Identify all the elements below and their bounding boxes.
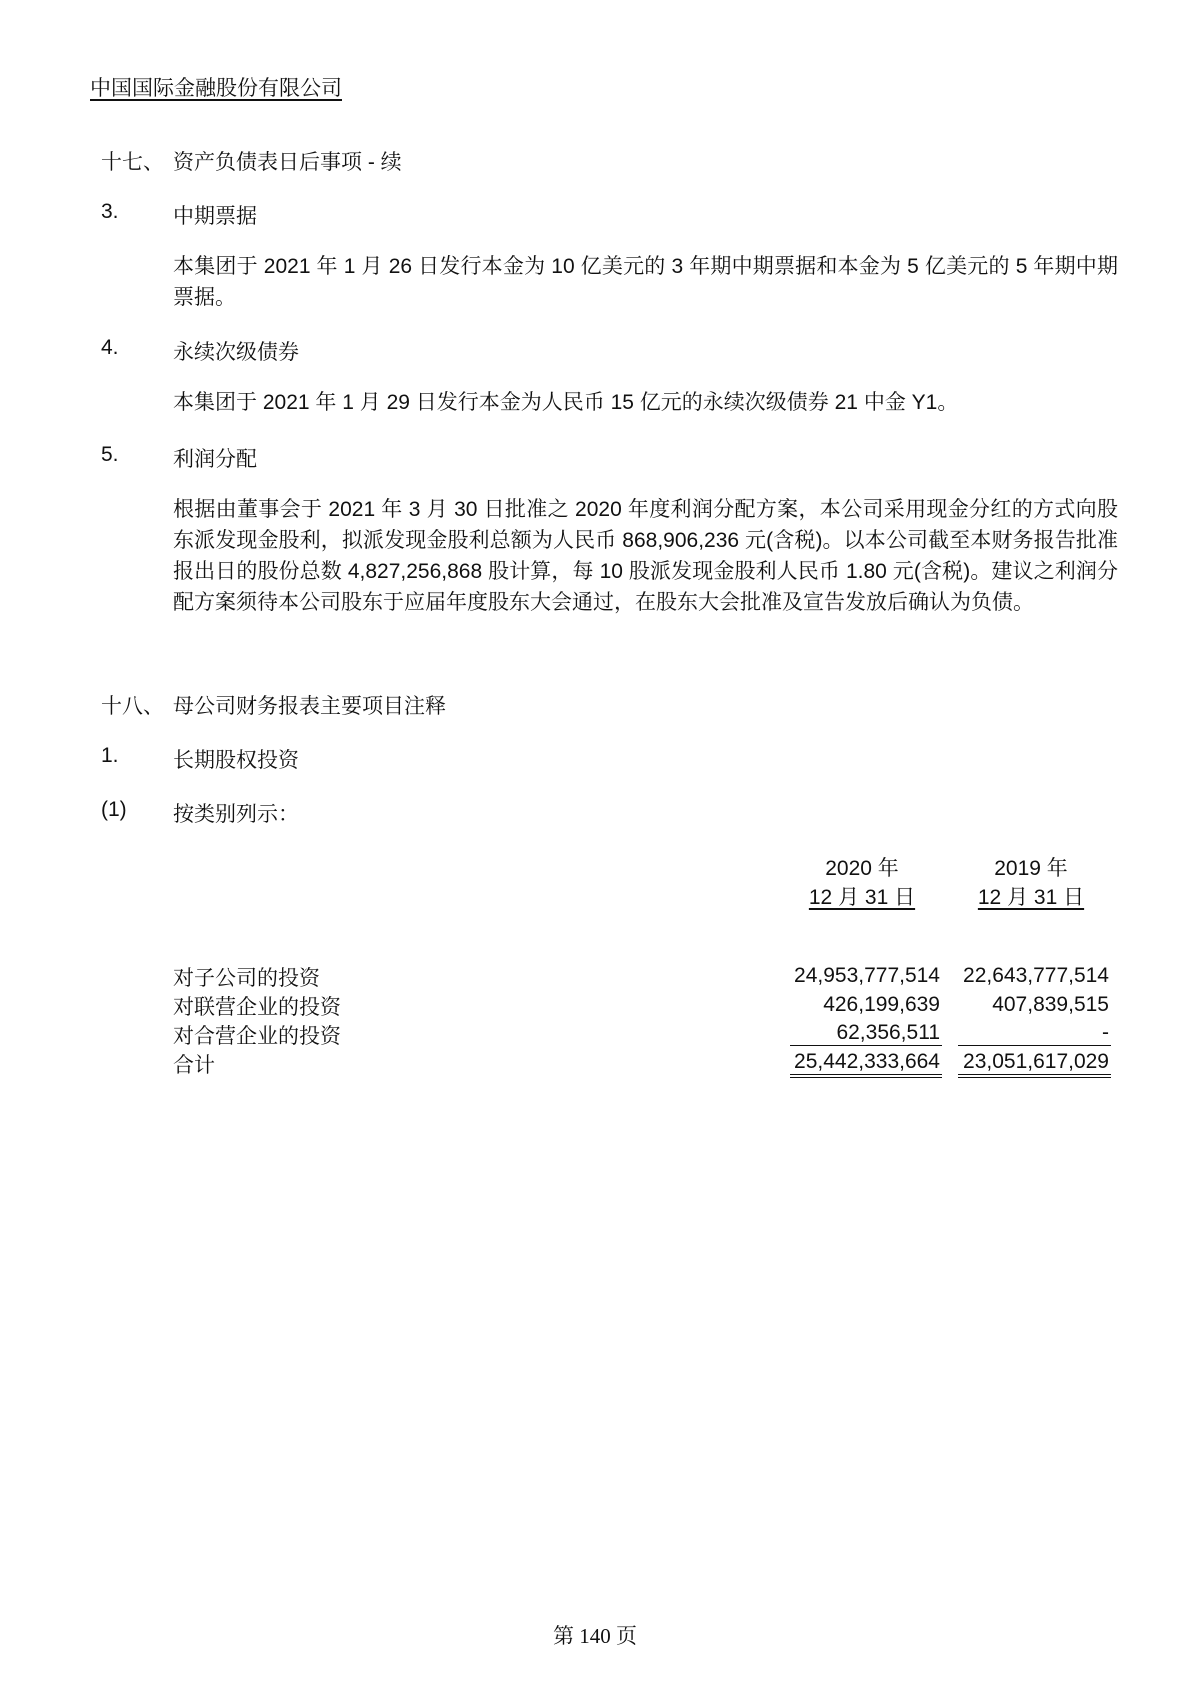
value-2019: 22,643,777,514 xyxy=(957,964,1109,988)
row-label: 对联营企业的投资 xyxy=(173,991,341,1021)
row-label: 对子公司的投资 xyxy=(173,962,320,992)
section-17-title: 资产负债表日后事项 - 续 xyxy=(173,146,402,176)
value-2020: 24,953,777,514 xyxy=(788,964,940,988)
total-label: 合计 xyxy=(173,1049,215,1079)
item-3-number: 3. xyxy=(101,200,119,224)
page-number: 第 140 页 xyxy=(0,1620,1190,1650)
item-4-number: 4. xyxy=(101,336,119,360)
row-label: 对合营企业的投资 xyxy=(173,1020,341,1050)
col-2020-year: 2020 年 xyxy=(786,852,938,882)
value-2019: 407,839,515 xyxy=(957,993,1109,1017)
sub-1-title: 按类别列示： xyxy=(173,798,299,828)
item-5-number: 5. xyxy=(101,443,119,467)
col-2020-date-text: 12 月 31 日 xyxy=(809,886,915,909)
section-17-number: 十七、 xyxy=(101,146,164,176)
subtotal-rule xyxy=(790,1045,942,1046)
item-3-title: 中期票据 xyxy=(173,200,257,230)
item-5-text: 根据由董事会于 2021 年 3 月 30 日批准之 2020 年度利润分配方案… xyxy=(173,494,1118,618)
col-2019-year: 2019 年 xyxy=(955,852,1107,882)
col-2020-date: 12 月 31 日 xyxy=(786,881,938,911)
section-18-number: 十八、 xyxy=(101,690,164,720)
company-name: 中国国际金融股份有限公司 xyxy=(90,72,342,102)
subtotal-rule xyxy=(958,1045,1111,1046)
double-rule-bottom xyxy=(958,1077,1111,1078)
item-4-text: 本集团于 2021 年 1 月 29 日发行本金为人民币 15 亿元的永续次级债… xyxy=(173,387,1118,418)
value-2020: 62,356,511 xyxy=(788,1021,940,1045)
value-2020: 426,199,639 xyxy=(788,993,940,1017)
double-rule-top xyxy=(790,1074,942,1075)
item-3-text: 本集团于 2021 年 1 月 26 日发行本金为 10 亿美元的 3 年期中期… xyxy=(173,251,1118,313)
item-5-title: 利润分配 xyxy=(173,443,257,473)
item-1-title: 长期股权投资 xyxy=(173,744,299,774)
col-2019-date: 12 月 31 日 xyxy=(955,881,1107,911)
value-2019: - xyxy=(957,1021,1109,1045)
total-2019: 23,051,617,029 xyxy=(957,1050,1109,1074)
col-2019-date-text: 12 月 31 日 xyxy=(978,886,1084,909)
double-rule-bottom xyxy=(790,1077,942,1078)
item-1-number: 1. xyxy=(101,744,119,768)
sub-1-number: (1) xyxy=(101,798,127,822)
item-4-title: 永续次级债券 xyxy=(173,336,299,366)
total-2020: 25,442,333,664 xyxy=(788,1050,940,1074)
section-18-title: 母公司财务报表主要项目注释 xyxy=(173,690,446,720)
double-rule-top xyxy=(958,1074,1111,1075)
